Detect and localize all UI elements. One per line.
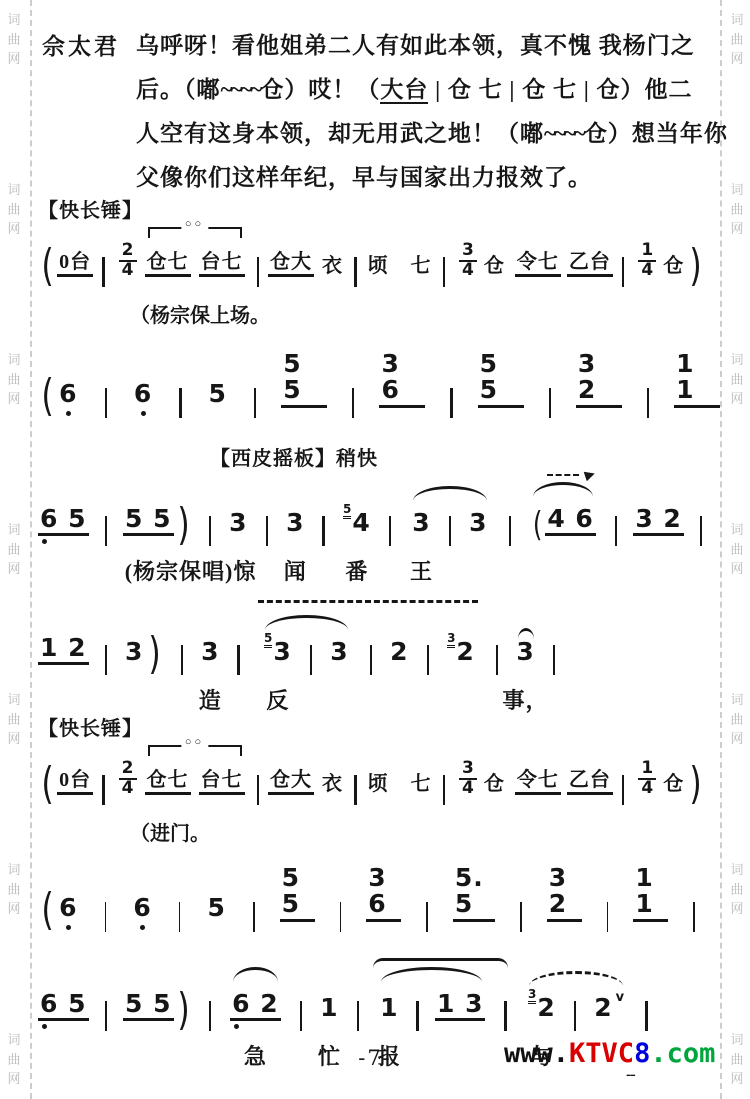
dialogue-segment: 乌呼呀！看他姐弟二人有如此本领，真不愧 我杨门之 <box>136 33 695 58</box>
spacer <box>507 285 515 287</box>
drumroll-wavy-line: ~~~~ <box>221 77 261 102</box>
edge-watermark-char: 词 <box>726 350 748 370</box>
octave-dot-row <box>262 665 294 675</box>
note-main: 5 5 <box>478 351 524 408</box>
notation-paren: ( <box>41 378 53 413</box>
octave-dot-row <box>280 922 315 932</box>
notation-line: (0台24○○仓七台七仓大衣顷七34仓令七乙台14仓) <box>38 743 720 805</box>
note-value: 3 <box>125 639 143 665</box>
dialogue-segment: 后。（嘟 <box>136 77 221 102</box>
barline <box>340 902 342 932</box>
note-value: 3 <box>273 639 291 665</box>
notation-pattern-header: 【西皮摇板】稍快 <box>210 442 720 471</box>
drumroll-wavy-line: ~~~~ <box>544 121 584 146</box>
note-token: 6 5 <box>38 980 89 1031</box>
edge-watermark-text: 词曲网 <box>3 860 25 919</box>
lyric-syllable: 事， <box>503 684 549 715</box>
edge-watermark-char: 网 <box>726 219 748 239</box>
edge-watermark-char: 网 <box>3 389 25 409</box>
note-main: 1 2 <box>38 635 89 665</box>
note-value: 2 <box>594 995 612 1021</box>
note-token: 6 5 <box>38 495 89 546</box>
note-main: 5 5 <box>123 506 174 536</box>
octave-dot-row <box>318 1021 340 1031</box>
lyric-syllable: 王 <box>410 555 433 586</box>
note-token: 2 <box>388 628 410 675</box>
notation-paren: ( <box>41 766 53 801</box>
barline <box>647 388 649 418</box>
edge-watermark-text: 词曲网 <box>726 10 748 69</box>
low-octave-dot <box>66 411 71 416</box>
lyric-syllable: 反 <box>266 684 289 715</box>
barline <box>645 1001 648 1031</box>
note-value: 5 <box>209 381 227 407</box>
note-value: 6 <box>134 381 152 407</box>
notation-paren: ( <box>41 892 53 927</box>
notation-line: 6 55 5)3(杨宗保唱)惊3闻54番3王3(4 63 2 <box>38 473 720 546</box>
barline <box>352 388 354 418</box>
note-token: 仓大 <box>268 241 314 287</box>
note-value: 1 1 <box>676 351 718 404</box>
note-value: 3 2 <box>635 506 682 532</box>
barline <box>520 902 522 932</box>
barline <box>209 1001 212 1031</box>
octave-dot-row <box>547 922 582 932</box>
score-section-mel1: (6655 53 65 53 21 1 <box>38 340 720 418</box>
barline <box>310 645 313 675</box>
time-signature-denominator: 4 <box>641 262 653 280</box>
note-token: 32 <box>445 628 477 675</box>
note-value: 5 <box>207 895 225 921</box>
edge-watermark-char: 网 <box>3 49 25 69</box>
notation-line: 6 55 5)6 2急1忙1报1 332与2v <box>38 958 720 1031</box>
note-value: 5 5 <box>282 865 313 918</box>
barline <box>427 645 430 675</box>
edge-watermark-char: 曲 <box>3 370 25 390</box>
note-main: 32 <box>526 995 558 1021</box>
note-token: 衣 <box>320 245 345 287</box>
note-main: 5 <box>205 895 227 921</box>
note-main: 令七 <box>515 770 561 795</box>
low-octave-dot <box>141 411 146 416</box>
octave-dot-row <box>57 922 79 932</box>
speaker-name: 佘太君 <box>42 28 120 61</box>
score-section-mel4: 6 55 5)6 2急1忙1报1 332与2v <box>38 958 720 1031</box>
spacer <box>391 803 409 805</box>
notation-paren: ) <box>149 636 161 671</box>
edge-watermark-char: 曲 <box>726 370 748 390</box>
edge-watermark-char: 网 <box>726 729 748 749</box>
time-signature: 34 <box>459 760 477 798</box>
note-main: 衣 <box>320 774 345 795</box>
edge-watermark-text: 词曲网 <box>3 690 25 749</box>
note-token: 6 <box>57 884 79 931</box>
barline <box>102 775 105 805</box>
note-value: 0台 <box>59 252 91 273</box>
note-main: 七 <box>409 774 434 795</box>
low-octave-dot <box>66 925 71 930</box>
octave-dot-row <box>478 408 524 418</box>
watermark-part: KTVC <box>569 1038 634 1069</box>
note-main: 3 <box>410 510 432 536</box>
note-value: 3 <box>330 639 348 665</box>
octave-dot-row <box>661 277 686 287</box>
watermark-underline-dash: -- <box>626 1066 635 1084</box>
note-token: 仓大 <box>268 759 314 805</box>
score-section-yaoban: 【西皮摇板】稍快6 55 5)3(杨宗保唱)惊3闻54番3王3(4 63 2 <box>38 442 720 546</box>
note-token: 6 <box>132 370 154 417</box>
barline <box>416 1001 419 1031</box>
edge-watermark-char: 曲 <box>726 710 748 730</box>
dialogue-block: 佘太君 乌呼呀！看他姐弟二人有如此本领，真不愧 我杨门之后。（嘟~~~~仓）哎！… <box>42 24 714 200</box>
repeat-circles-label: ○○ <box>181 736 208 748</box>
note-value: 乙台 <box>569 770 611 791</box>
lyric-syllable: 造 <box>199 684 222 715</box>
edge-watermark-text: 词曲网 <box>726 180 748 239</box>
note-token: 顷 <box>366 245 391 287</box>
barline <box>357 1001 360 1031</box>
note-token: 令七 <box>515 241 561 287</box>
note-value: 3 <box>516 639 534 665</box>
note-token: 1报 <box>378 984 400 1031</box>
octave-dot-row <box>482 795 507 805</box>
octave-dot-row <box>378 1021 400 1031</box>
note-token: 5 5 <box>478 340 524 418</box>
octave-dot-row <box>131 922 153 932</box>
octave-dot-row <box>467 536 489 546</box>
note-token: 5 <box>205 884 227 931</box>
time-signature: 14 <box>638 760 656 798</box>
note-token: 3 2 <box>633 495 684 546</box>
note-main: 乙台 <box>567 252 613 277</box>
note-main: 仓 <box>661 774 686 795</box>
barline <box>254 388 256 418</box>
barline <box>443 775 446 805</box>
note-main: 仓大 <box>268 252 314 277</box>
note-main: 3 2 <box>576 351 622 408</box>
octave-dot-row <box>515 795 561 805</box>
note-value: 台七 <box>201 770 243 791</box>
dialogue-segment: 仓）想当年你 <box>584 121 728 146</box>
octave-dot-row <box>366 922 401 932</box>
slur-group-solid: 6 2急 <box>227 964 284 1031</box>
dialogue-segment: 仓）哎！（ <box>260 77 380 102</box>
note-token: 1 1 <box>674 340 720 418</box>
time-signature: 24 <box>119 760 137 798</box>
note-token: 台七 <box>199 759 245 805</box>
note-main: 3 6 <box>379 351 425 408</box>
edge-watermark-char: 网 <box>726 559 748 579</box>
note-main: 6 2 <box>230 991 281 1021</box>
edge-watermark-char: 曲 <box>726 540 748 560</box>
octave-dot-row <box>320 277 345 287</box>
low-octave-dot <box>42 539 47 544</box>
edge-watermark-char: 词 <box>3 690 25 710</box>
watermark-part: 8 <box>634 1038 650 1069</box>
slur-group-double: 1报1 3 <box>375 958 488 1031</box>
note-value: 3 <box>201 639 219 665</box>
barline <box>257 257 260 287</box>
note-value: 3 <box>286 510 304 536</box>
note-token: 5 <box>207 370 229 417</box>
octave-dot-row <box>453 922 495 932</box>
note-token: 七 <box>409 245 434 287</box>
watermark-part: .com <box>650 1038 715 1069</box>
edge-watermark-text: 词曲网 <box>726 860 748 919</box>
note-token: 衣 <box>320 763 345 805</box>
note-main: 仓七 <box>145 252 191 277</box>
barline <box>622 775 625 805</box>
note-token: 3 2 <box>576 340 622 418</box>
note-main: 1 3 <box>435 991 486 1021</box>
note-value: 1 1 <box>635 865 666 918</box>
time-signature-denominator: 4 <box>122 262 134 280</box>
note-token: 3王 <box>410 499 432 546</box>
notation-line: 1 23)3造53反32323事， <box>38 598 720 675</box>
edge-watermark-text: 词曲网 <box>726 520 748 579</box>
note-value: 七 <box>411 256 432 277</box>
note-value: 5. 5 <box>455 865 493 918</box>
barline <box>105 388 107 418</box>
low-octave-dot <box>234 1024 239 1029</box>
barline <box>700 516 703 546</box>
octave-dot-row <box>199 277 245 287</box>
time-signature-denominator: 4 <box>122 780 134 798</box>
note-token: 仓 <box>482 763 507 805</box>
note-value: 令七 <box>517 252 559 273</box>
note-value: 1 <box>380 995 398 1021</box>
note-value: 5 5 <box>283 351 325 404</box>
octave-dot-row <box>284 536 306 546</box>
barline <box>354 775 357 805</box>
notation-paren: ( <box>533 512 543 539</box>
dialogue-line: 人空有这身本领，却无用武之地！（嘟~~~~仓）想当年你 <box>136 112 714 156</box>
barline <box>179 388 181 418</box>
octave-dot-row <box>268 795 314 805</box>
grace-note: 3 <box>528 988 536 1004</box>
note-token: 3 <box>467 499 489 546</box>
octave-dot-row <box>57 795 93 805</box>
octave-dot-row <box>633 922 668 932</box>
note-token: 令七 <box>515 759 561 805</box>
grace-note: 5 <box>343 503 351 519</box>
note-main: 32 <box>445 639 477 665</box>
note-token: 5. 5 <box>453 854 495 932</box>
dialogue-segment: | 仓 七 | 仓 七 | 仓）他二 <box>428 77 692 102</box>
low-octave-dot <box>140 925 145 930</box>
edge-watermark-char: 词 <box>726 690 748 710</box>
octave-dot-row <box>526 1021 558 1031</box>
edge-watermark-char: 网 <box>3 559 25 579</box>
slur-group-bracket: ○○仓七台七 <box>142 743 248 805</box>
octave-dot-row <box>409 277 434 287</box>
barline <box>253 902 255 932</box>
note-value: 6 <box>133 895 151 921</box>
barline <box>622 257 625 287</box>
edge-watermark-text: 词曲网 <box>3 180 25 239</box>
note-value: 3 2 <box>549 865 580 918</box>
note-value: 仓 <box>484 256 505 277</box>
barline <box>322 516 325 546</box>
dialogue-line: 后。（嘟~~~~仓）哎！（大台 | 仓 七 | 仓 七 | 仓）他二 <box>136 68 714 112</box>
note-token: 5 5 <box>281 340 327 418</box>
note-main: 仓大 <box>268 770 314 795</box>
lyric-syllable: 番 <box>345 555 368 586</box>
edge-watermark-char: 曲 <box>3 200 25 220</box>
score-section-perc2: 【快长锤】(0台24○○仓七台七仓大衣顷七34仓令七乙台14仓)（进门。 <box>38 712 720 846</box>
note-main: 6 5 <box>38 991 89 1021</box>
barline <box>549 388 551 418</box>
score-section-mel3: (6655 53 65. 53 21 1 <box>38 854 720 932</box>
breath-mark: v <box>616 990 624 1005</box>
note-token: 2v <box>592 984 626 1031</box>
note-value: 3 6 <box>381 351 423 404</box>
octave-dot-row <box>366 795 391 805</box>
note-main: 0台 <box>57 252 93 277</box>
note-token: 3 <box>328 628 350 675</box>
notation-pattern-header: 【快长锤】 <box>38 712 720 741</box>
note-value: 仓七 <box>147 770 189 791</box>
note-main: 衣 <box>320 256 345 277</box>
note-token: 3 6 <box>379 340 425 418</box>
edge-watermark-char: 词 <box>3 520 25 540</box>
note-main: 2v <box>592 995 626 1021</box>
octave-dot-row <box>633 536 684 546</box>
octave-dot-row <box>145 795 191 805</box>
low-octave-dot <box>42 1024 47 1029</box>
right-dashed-border <box>720 0 722 1099</box>
octave-dot-row <box>320 795 345 805</box>
octave-dot-row <box>199 665 221 675</box>
note-value: 5 5 <box>125 991 172 1017</box>
note-main: 3 <box>284 510 306 536</box>
slur-group-solid: 53反3 <box>259 612 354 675</box>
notation-paren: ) <box>690 766 702 801</box>
note-main: 七 <box>409 256 434 277</box>
barline <box>496 645 499 675</box>
note-value: 2 <box>537 995 555 1021</box>
note-token: 1 2 <box>38 624 89 675</box>
barline <box>615 516 618 546</box>
slur-group-bracket: ○○仓七台七 <box>142 225 248 287</box>
barline <box>354 257 357 287</box>
barline <box>389 516 392 546</box>
barline <box>504 1001 507 1031</box>
octave-dot-row <box>57 408 79 418</box>
note-token: 3(杨宗保唱)惊 <box>227 499 249 546</box>
note-token: 5 5 <box>280 854 315 932</box>
note-value: 顷 <box>368 774 389 795</box>
dialogue-text: 乌呼呀！看他姐弟二人有如此本领，真不愧 我杨门之后。（嘟~~~~仓）哎！（大台 … <box>136 24 714 200</box>
note-token: 仓 <box>661 245 686 287</box>
note-token: 仓 <box>482 245 507 287</box>
note-token: 5 5 <box>123 980 174 1031</box>
edge-watermark-char: 网 <box>3 729 25 749</box>
octave-dot-row <box>35 1021 93 1031</box>
octave-dot-row <box>409 795 434 805</box>
octave-dot-row <box>515 277 561 287</box>
barline <box>105 645 108 675</box>
note-token: 3 2 <box>547 854 582 932</box>
time-signature-denominator: 4 <box>462 780 474 798</box>
score-page: 词曲网词曲网词曲网词曲网词曲网词曲网词曲网 词曲网词曲网词曲网词曲网词曲网词曲网… <box>0 0 750 1099</box>
note-token: 3造 <box>199 628 221 675</box>
note-value: 6 2 <box>232 991 279 1017</box>
note-main: 乙台 <box>567 770 613 795</box>
note-token: 仓七 <box>145 759 191 805</box>
octave-dot-row <box>35 536 93 546</box>
note-main: 4 6 <box>545 506 596 536</box>
note-value: 台七 <box>201 252 243 273</box>
note-main: 1 1 <box>674 351 720 408</box>
barline <box>266 516 269 546</box>
note-main: 53 <box>262 639 294 665</box>
note-main: 仓 <box>661 256 686 277</box>
note-value: 6 5 <box>40 991 87 1017</box>
note-value: 仓大 <box>270 770 312 791</box>
note-main: 6 <box>57 895 79 921</box>
note-token: 台七 <box>199 241 245 287</box>
note-main: 0台 <box>57 770 93 795</box>
note-value: 5 5 <box>125 506 172 532</box>
note-token: 53反 <box>262 628 294 675</box>
note-value: 七 <box>411 774 432 795</box>
octave-dot-row <box>592 1021 626 1031</box>
note-value: 4 <box>352 510 370 536</box>
notation-paren: ( <box>41 248 53 283</box>
spacer <box>191 285 199 287</box>
octave-dot-row <box>328 665 350 675</box>
note-token: 乙台 <box>567 241 613 287</box>
note-main: 3 <box>467 510 489 536</box>
notation-line: (6655 53 65. 53 21 1 <box>38 854 720 932</box>
note-token: 0台 <box>57 759 93 805</box>
note-main: 3 <box>199 639 221 665</box>
note-token: 1忙 <box>318 984 340 1031</box>
edge-watermark-text: 词曲网 <box>726 350 748 409</box>
note-main: 3 2 <box>547 865 582 922</box>
note-main: 3 <box>123 639 145 665</box>
octave-dot-row <box>205 922 227 932</box>
barline <box>426 902 428 932</box>
octave-dot-row <box>57 277 93 287</box>
note-value: 衣 <box>322 774 343 795</box>
note-main: 5 <box>207 381 229 407</box>
edge-watermark-text: 词曲网 <box>3 520 25 579</box>
barline <box>181 645 184 675</box>
edge-watermark-char: 网 <box>3 1069 25 1089</box>
octave-dot-row <box>435 1021 486 1031</box>
octave-dot-row <box>227 1021 285 1031</box>
octave-dot-row <box>341 536 373 546</box>
time-signature-denominator: 4 <box>462 262 474 280</box>
note-token: 4 6 <box>545 495 596 546</box>
barline <box>443 257 446 287</box>
octave-dot-row <box>132 408 154 418</box>
barline <box>574 1001 577 1031</box>
edge-watermark-char: 网 <box>726 1069 748 1089</box>
barline <box>105 1001 108 1031</box>
octave-dot-row <box>445 665 477 675</box>
octave-dot-row <box>567 277 613 287</box>
note-token: 1 1 <box>633 854 668 932</box>
note-main: 5 5 <box>281 351 327 408</box>
dialogue-segment: 人空有这身本领，却无用武之地！（嘟 <box>136 121 544 146</box>
barline <box>257 775 260 805</box>
time-signature: 34 <box>459 242 477 280</box>
note-value: 仓 <box>484 774 505 795</box>
grace-note: 3 <box>447 632 455 648</box>
